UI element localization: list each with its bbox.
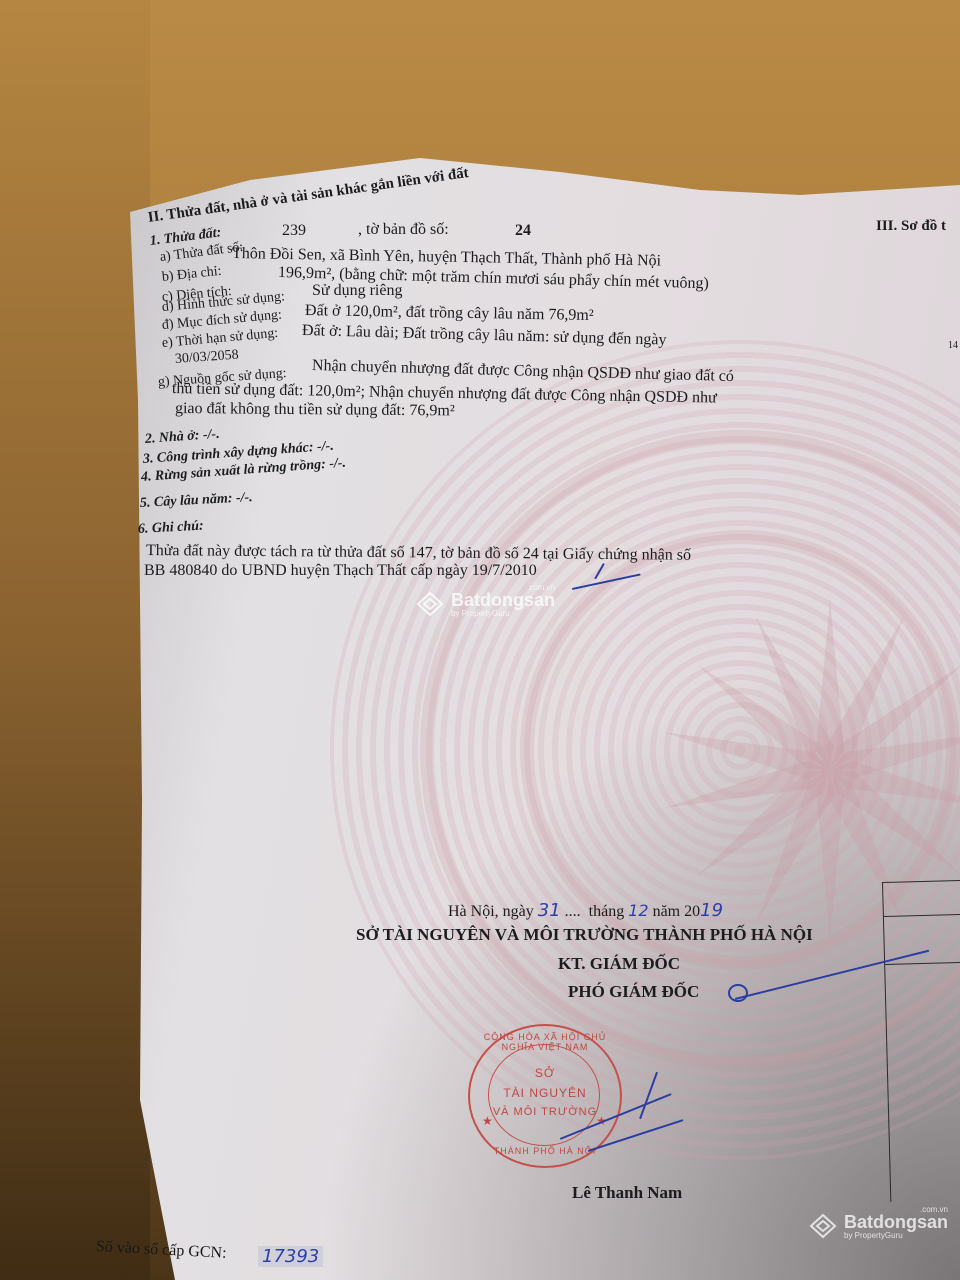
watermark-by: by PropertyGuru xyxy=(844,1231,948,1241)
notes-line2: BB 480840 do UBND huyện Thạch Thất cấp n… xyxy=(144,562,537,580)
authority-title: SỞ TÀI NGUYÊN VÀ MÔI TRƯỜNG THÀNH PHỐ HÀ… xyxy=(356,925,813,945)
date-month-label: tháng xyxy=(589,903,625,920)
batdongsan-watermark: .com.vn Batdongsan by PropertyGuru xyxy=(415,590,555,620)
deputy-title: PHÓ GIÁM ĐỐC xyxy=(568,982,699,1002)
bronze-drum-watermark xyxy=(330,340,960,1160)
notes-heading: 6. Ghi chú: xyxy=(138,519,204,538)
signer-name: Lê Thanh Nam xyxy=(572,1183,682,1203)
director-signature-loop xyxy=(728,984,748,1002)
watermark-by: by PropertyGuru xyxy=(451,609,555,619)
batdongsan-logo-icon xyxy=(415,590,445,620)
watermark-domain: .com.vn xyxy=(920,1205,948,1214)
batdongsan-watermark-corner: .com.vn Batdongsan by PropertyGuru xyxy=(808,1212,948,1242)
wooden-table xyxy=(0,0,150,1280)
diagram-grid xyxy=(882,880,960,1202)
margin-number: 14 xyxy=(948,340,958,351)
map-sheet-number: 24 xyxy=(515,222,531,240)
origin-line3: giao đất không thu tiền sử dụng đất: 76,… xyxy=(175,400,455,420)
watermark-domain: .com.vn xyxy=(527,583,555,592)
register-number: 17393 xyxy=(258,1246,323,1267)
parcel-number: 239 xyxy=(282,222,306,240)
section-iii-title: III. Sơ đồ t xyxy=(876,218,946,235)
drum-ring xyxy=(420,430,960,1070)
date-prefix: Hà Nội, ngày xyxy=(448,903,534,920)
kt-title: KT. GIÁM ĐỐC xyxy=(558,954,680,974)
watermark-brand: Batdongsan xyxy=(451,591,555,609)
date-day: 31 xyxy=(538,900,561,921)
date-month: 12 xyxy=(628,901,648,920)
map-sheet-label: , tờ bản đồ số: xyxy=(358,221,449,239)
batdongsan-logo-icon xyxy=(808,1212,838,1242)
date-year-label: năm 20 xyxy=(653,903,701,920)
date-line: Hà Nội, ngày 31 .... tháng 12 năm 2019 xyxy=(448,900,723,921)
usage-form-value: Sử dụng riêng xyxy=(312,282,402,300)
watermark-brand: Batdongsan xyxy=(844,1213,948,1231)
date-year: 19 xyxy=(700,900,723,921)
